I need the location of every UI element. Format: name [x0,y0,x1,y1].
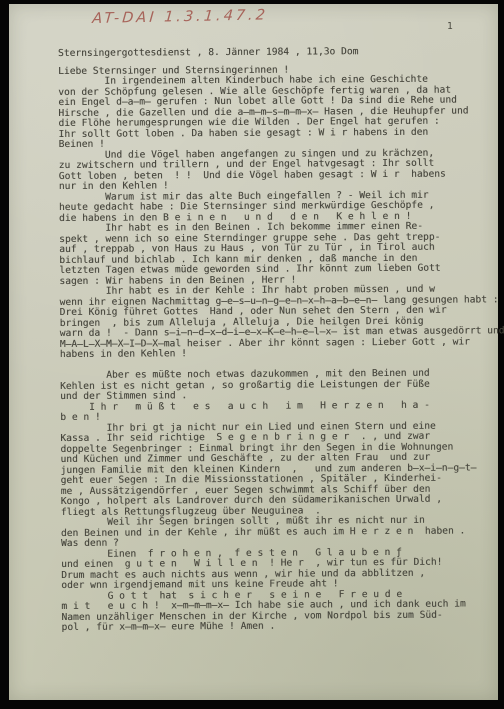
page-number: 1 [447,21,453,32]
archive-code-annotation: AT-DAI 1.3.1.47.2 [92,7,269,27]
document-title: Sternsingergottesdienst , 8. Jänner 1984… [58,46,486,59]
body-lines: Liebe Sternsinger und Sternsingerinnen !… [58,64,489,634]
typed-text-block: Sternsingergottesdienst , 8. Jänner 1984… [58,46,490,633]
text-line: pol , für x̶m̶m̶x̶ eure Mühe ! Amen . [62,620,490,633]
document-page: AT-DAI 1.3.1.47.2 1 Sternsingergottesdie… [9,4,498,700]
scan-background: AT-DAI 1.3.1.47.2 1 Sternsingergottesdie… [0,0,504,709]
